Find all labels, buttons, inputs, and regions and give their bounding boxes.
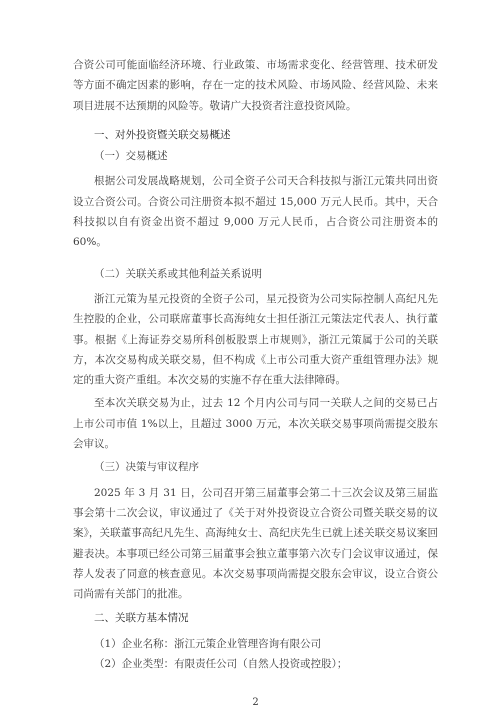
risk-continuation-paragraph: 合资公司可能面临经济环境、行业政策、市场需求变化、经营管理、技术研发等方面不确定… <box>73 55 438 116</box>
transaction-overview-paragraph: 根据公司发展战略规划，公司全资子公司天合科技拟与浙江元策共同出资设立合资公司。合… <box>73 171 438 252</box>
related-party-relationship-paragraph: 浙江元策为星元投资的全资子公司，星元投资为公司实际控制人高纪凡先生控股的企业，公… <box>73 289 438 390</box>
cumulative-transaction-paragraph: 至本次关联交易为止，过去 12 个月内公司与同一关联人之间的交易已占上市公司市值… <box>73 393 438 454</box>
document-page: 合资公司可能面临经济环境、行业政策、市场需求变化、经营管理、技术研发等方面不确定… <box>0 0 500 707</box>
page-number: 2 <box>73 693 438 707</box>
review-procedure-paragraph: 2025 年 3 月 31 日，公司召开第三届董事会第二十三次会议及第三届监事会… <box>73 483 438 605</box>
section-1-heading: 一、对外投资暨关联交易概述 <box>73 125 438 145</box>
section-1-sub-3-heading: （三）决策与审议程序 <box>73 457 438 477</box>
party-name-item: （1）企业名称：浙江元策企业管理咨询有限公司 <box>73 634 438 654</box>
party-type-item: （2）企业类型：有限责任公司（自然人投资或控股）； <box>73 654 438 674</box>
section-1-sub-2-heading: （二）关联关系或其他利益关系说明 <box>73 264 438 284</box>
section-1-sub-1-heading: （一）交易概述 <box>73 146 438 166</box>
section-2-heading: 二、关联方基本情况 <box>73 608 438 628</box>
